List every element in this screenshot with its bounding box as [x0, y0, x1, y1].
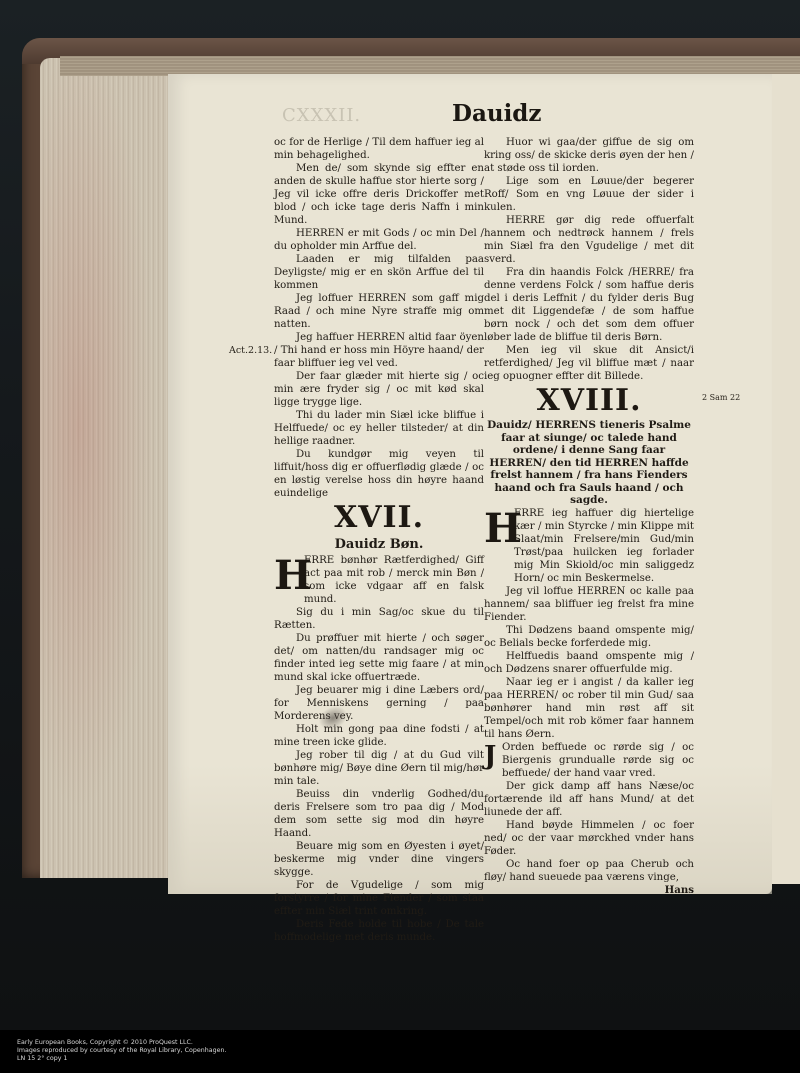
paragraph: Oc hand foer op paa Cherub och fløy/ han… — [484, 858, 694, 884]
paragraph: Thi Dødzens baand omspente mig/ oc Belia… — [484, 624, 694, 650]
paragraph: Jeg loffuer HERREN som gaff mig Raad / o… — [274, 292, 484, 331]
footer-copyright: Early European Books, Copyright © 2010 P… — [17, 1039, 193, 1047]
paragraph: Beuiss din vnderlig Godhed/du deris Frel… — [274, 788, 484, 840]
footer-courtesy: Images reproduced by courtesy of the Roy… — [17, 1047, 226, 1055]
footer-shelfmark: LN 15 2° copy 1 — [17, 1055, 67, 1063]
paragraph: Sig du i min Sag/oc skue du til Rætten. — [274, 606, 484, 632]
paragraph: Orden beffuede oc rørde sig / oc Biergen… — [502, 741, 694, 780]
left-text-column: oc for de Herlige / Til dem haffuer ieg … — [274, 136, 484, 944]
paragraph: Naar ieg er i angist / da kaller ieg paa… — [484, 676, 694, 741]
drop-cap-letter: H — [484, 509, 522, 549]
drop-cap-paragraph: H ERRE ieg haffuer dig hiertelige kær / … — [484, 507, 694, 585]
drop-cap-letter: H — [274, 556, 312, 596]
drop-cap-paragraph: H ERRE bønhør Rætferdighed/ Giff act paa… — [274, 554, 484, 606]
page-top-edges — [60, 56, 800, 76]
paragraph: Helffuedis baand omspente mig / och Dødz… — [484, 650, 694, 676]
chapter-number-xvii: XVII. — [274, 500, 484, 536]
paragraph: Du kundgør mig veyen til liffuit/hoss di… — [274, 448, 484, 500]
paragraph: Men ieg vil skue dit Ansict/i retferdigh… — [484, 344, 694, 383]
paragraph: ERRE bønhør Rætferdighed/ Giff act paa m… — [304, 554, 484, 606]
paragraph: Holt min gong paa dine fodsti / at mine … — [274, 723, 484, 749]
paragraph: Jeg haffuer HERREN altid faar öyen / Thi… — [274, 331, 484, 370]
paragraph: For de Vgudelige / som mig forstyrre / f… — [274, 879, 484, 918]
paragraph: oc for de Herlige / Til dem haffuer ieg … — [274, 136, 484, 162]
show-through-folio: CXXXII. — [282, 105, 361, 126]
paragraph: Lige som en Løuue/der begerer Roff/ Som … — [484, 175, 694, 214]
paragraph: Der faar glæder mit hierte sig / oc min … — [274, 370, 484, 409]
paragraph: Jeg rober til dig / at du Gud vilt bønhø… — [274, 749, 484, 788]
paragraph: Du prøffuer mit hierte / och søger det/ … — [274, 632, 484, 684]
paragraph: HERRE gør dig rede offuerfalt hannem och… — [484, 214, 694, 266]
drop-cap-letter: J — [484, 743, 496, 769]
paragraph: Jeg beuarer mig i dine Læbers ord/ for M… — [274, 684, 484, 723]
paragraph: Men de/ som skynde sig effter en anden d… — [274, 162, 484, 227]
copyright-footer: Early European Books, Copyright © 2010 P… — [0, 1030, 800, 1073]
paragraph: Beuare mig som en Øyesten i øyet/ besker… — [274, 840, 484, 879]
paragraph: ERRE ieg haffuer dig hiertelige kær / mi… — [514, 507, 694, 585]
paragraph: Der gick damp aff hans Næse/oc fortærend… — [484, 780, 694, 819]
paragraph: Laaden er mig tilfalden paa Deyligste/ m… — [274, 253, 484, 292]
running-head: Dauidz — [452, 100, 541, 127]
paragraph: Huor wi gaa/der giffue de sig om kring o… — [484, 136, 694, 175]
psalm-heading: Dauidz/ HERRENS tieneris Psalme faar at … — [484, 419, 694, 507]
paragraph: Thi du lader min Siæl icke bliffue i Hel… — [274, 409, 484, 448]
facing-page-edge — [768, 74, 800, 884]
catchword: Hans — [484, 884, 694, 897]
margin-note-acts: Act.2.13. — [229, 345, 272, 356]
right-text-column: Huor wi gaa/der giffue de sig om kring o… — [484, 136, 694, 897]
paragraph: Deris Fede holde til hobe / De tale hoff… — [274, 918, 484, 944]
page-block-edge — [40, 58, 170, 878]
paragraph: Jeg vil loffue HERREN oc kalle paa hanne… — [484, 585, 694, 624]
margin-note-samuel: 2 Sam 22 — [702, 393, 740, 402]
paragraph: Hand bøyde Himmelen / oc foer ned/ oc de… — [484, 819, 694, 858]
drop-cap-paragraph: J Orden beffuede oc rørde sig / oc Bierg… — [484, 741, 694, 780]
paragraph: Fra din haandis Folck /HERRE/ fra denne … — [484, 266, 694, 344]
chapter-number-xviii: XVIII. — [484, 383, 694, 419]
paragraph: HERREN er mit Gods / oc min Del / du oph… — [274, 227, 484, 253]
